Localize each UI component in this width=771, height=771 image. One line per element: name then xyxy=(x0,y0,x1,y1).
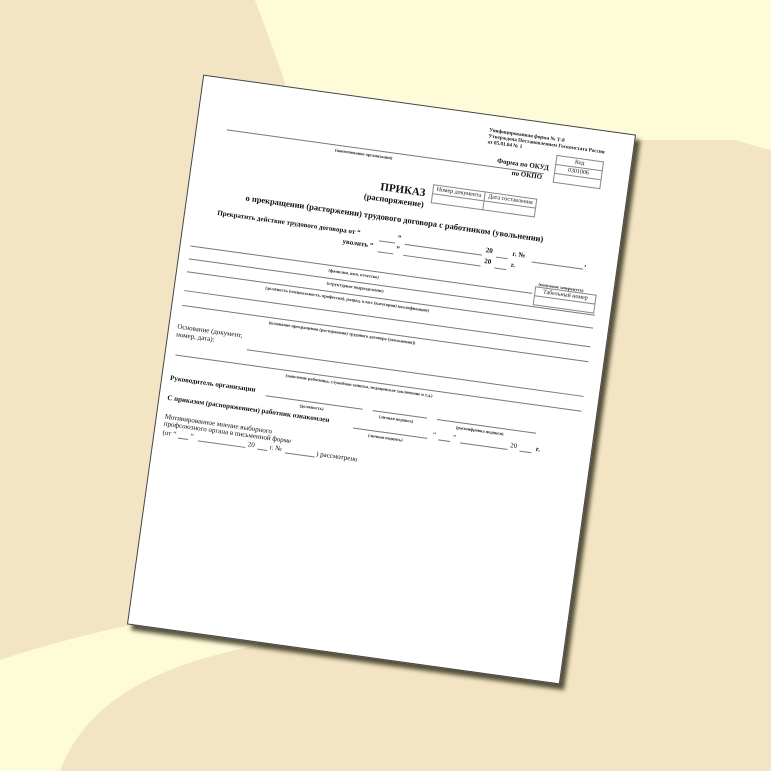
acquaint-year-field[interactable] xyxy=(519,451,531,454)
year-suffix: г. xyxy=(535,445,540,453)
year-prefix: 20 xyxy=(247,440,255,449)
contract-number-field[interactable] xyxy=(532,262,584,270)
union-from-label: (от “ xyxy=(162,428,177,438)
union-number-field[interactable] xyxy=(285,452,315,457)
basis-label: Основание (документ, номер, дата): xyxy=(176,322,248,347)
reason-caption: (основание прекращения (расторжения) тру… xyxy=(268,320,415,345)
year-number-label: г. № xyxy=(512,250,526,260)
union-month-field[interactable] xyxy=(198,440,246,448)
head-label: Руководитель организации xyxy=(170,374,256,394)
quote: ” xyxy=(452,433,456,441)
comma: , xyxy=(584,260,587,268)
okpo-label: по ОКПО xyxy=(511,169,543,181)
acquaint-month-field[interactable] xyxy=(460,442,508,450)
dismiss-year-field[interactable] xyxy=(494,267,506,270)
terminate-year-field[interactable] xyxy=(496,257,508,260)
dismiss-label: уволить “ xyxy=(342,237,374,249)
acquaint-day-field[interactable] xyxy=(438,439,450,442)
union-day-field[interactable] xyxy=(178,438,188,440)
year-prefix: 20 xyxy=(510,441,518,450)
dismiss-month-field[interactable] xyxy=(403,255,480,267)
quote: ” xyxy=(190,432,194,440)
quote: “ xyxy=(432,431,436,439)
union-year-field[interactable] xyxy=(257,449,267,451)
code-table: Код 0301006 xyxy=(553,155,604,189)
year-prefix: 20 xyxy=(484,257,492,266)
doc-info-table: Номер документа Дата составления xyxy=(431,184,538,217)
tab-number-table: Табельный номер xyxy=(533,286,597,313)
union-opinion-label: Мотивированное мнение выборного профсоюз… xyxy=(163,414,292,446)
year-suffix: г. xyxy=(510,261,515,269)
union-number-label: г. № xyxy=(269,443,282,453)
form-header-note: Унифицированная форма № Т-8 Утверждена П… xyxy=(487,127,606,161)
terminate-day-field[interactable] xyxy=(379,240,395,243)
quote: ” xyxy=(396,245,401,253)
year-prefix: 20 xyxy=(485,246,493,255)
terminate-month-field[interactable] xyxy=(405,244,482,256)
document-page: Унифицированная форма № Т-8 Утверждена П… xyxy=(127,75,636,685)
union-reviewed-label: ) рассмотрено xyxy=(316,450,358,464)
head-position-caption: (должность) xyxy=(299,403,324,411)
dismiss-day-field[interactable] xyxy=(377,251,393,254)
basis-caption: (заявление работника, служебная записка,… xyxy=(285,373,433,398)
quote: ” xyxy=(397,234,402,242)
